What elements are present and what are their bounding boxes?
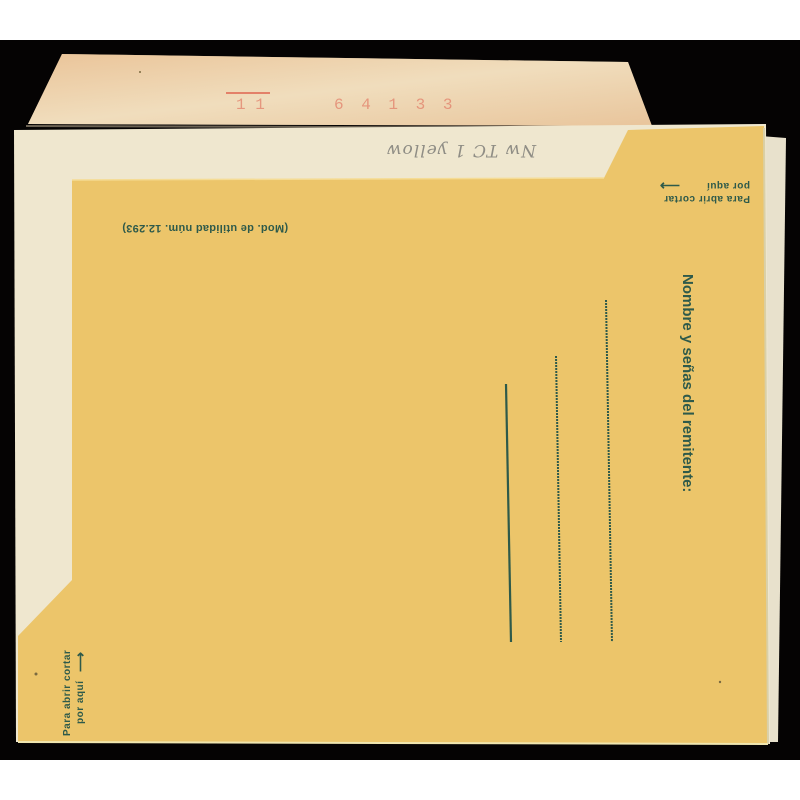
- sender-label: Nombre y señas del remitente:: [679, 274, 696, 492]
- cut-instruction-line2: por aquí: [75, 681, 86, 724]
- cut-instruction-line2: por aquí: [707, 180, 750, 191]
- cut-instruction-line1: Para abrir cortar: [664, 193, 750, 204]
- top-right-cut-instruction: Para abrir cortar por aquí ⟶: [626, 170, 750, 204]
- model-number: (Mod. de utilidad núm. 12.293): [122, 222, 288, 234]
- bottom-left-cut-instruction: Para abrir cortar por aquí ⟶: [62, 616, 96, 736]
- red-mark-right: 6 4 1 3 3: [334, 96, 456, 114]
- red-mark-left: 1 1: [236, 96, 265, 114]
- arrow-right-icon: ⟶: [660, 177, 680, 194]
- red-mark-bar: [226, 92, 270, 94]
- arrow-up-icon: ⟶: [72, 652, 89, 672]
- pencil-note: Nw TC 1 yellow: [386, 140, 536, 160]
- photo-backdrop: 1 1 6 4 1 3 3 Nw TC 1 yellow Para abrir …: [0, 40, 800, 760]
- envelope-yellow-panel: [18, 126, 768, 744]
